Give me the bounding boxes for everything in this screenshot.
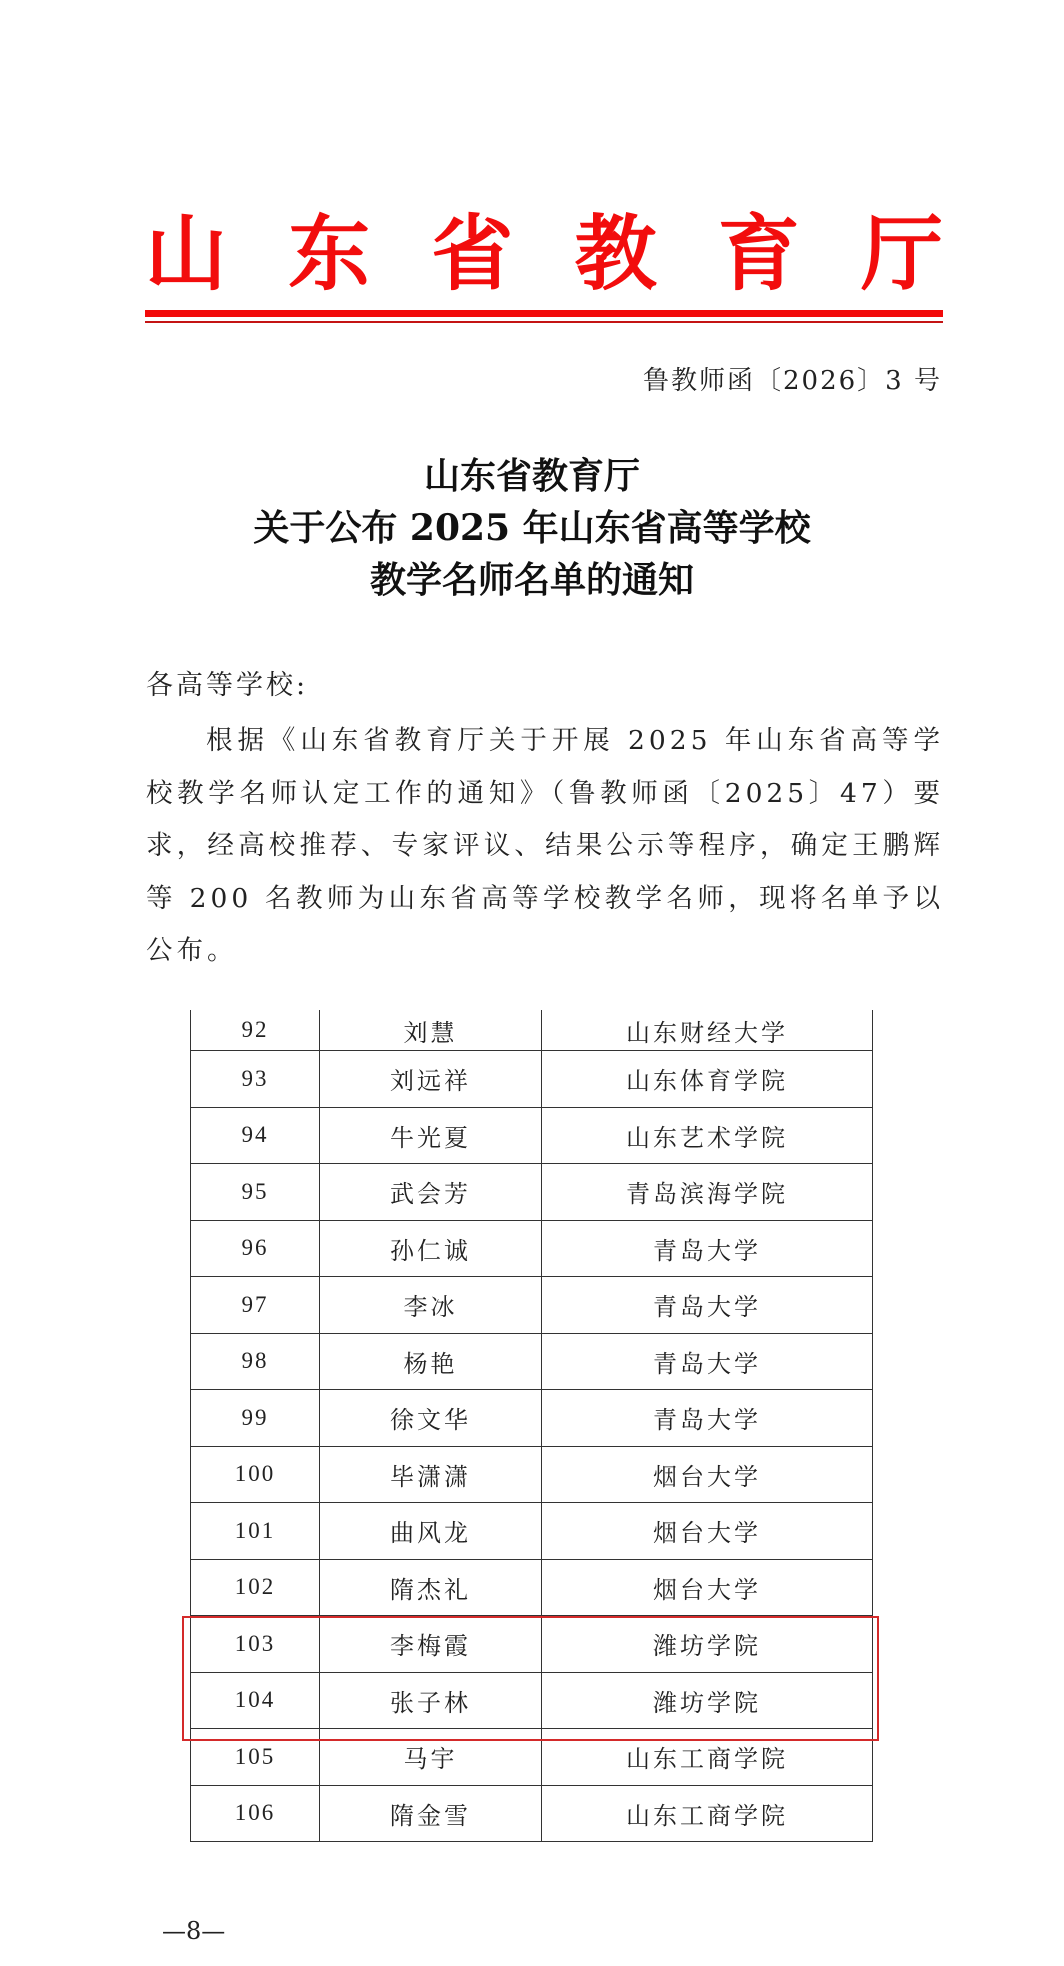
school-name: 潍坊学院 [542, 1672, 873, 1729]
table-row: 101曲风龙烟台大学 [191, 1503, 873, 1560]
row-number: 104 [191, 1672, 320, 1729]
letterhead-char: 育 [718, 208, 800, 300]
teacher-name: 孙仁诚 [320, 1220, 542, 1277]
row-number: 105 [191, 1729, 320, 1786]
school-name: 烟台大学 [542, 1559, 873, 1616]
document-number: 鲁教师函〔2026〕3 号 [643, 364, 942, 398]
table-row: 106隋金雪山东工商学院 [191, 1785, 873, 1842]
school-name: 烟台大学 [542, 1503, 873, 1560]
school-name: 青岛大学 [542, 1390, 873, 1447]
letterhead-rule-thick [145, 310, 943, 317]
table-row: 105马宇山东工商学院 [191, 1729, 873, 1786]
row-number: 92 [191, 1010, 320, 1051]
teacher-name: 隋金雪 [320, 1785, 542, 1842]
letterhead-char: 教 [575, 208, 657, 300]
body-paragraph: 根据《山东省教育厅关于开展 2025 年山东省高等学校教学名师认定工作的通知》（… [146, 715, 944, 978]
teacher-name: 隋杰礼 [320, 1559, 542, 1616]
teacher-name: 李梅霞 [320, 1616, 542, 1673]
school-name: 潍坊学院 [542, 1616, 873, 1673]
teacher-name: 武会芳 [320, 1164, 542, 1221]
letterhead-title: 山 东 省 教 育 厅 [145, 208, 943, 300]
table-row: 97李冰青岛大学 [191, 1277, 873, 1334]
table-row: 92刘慧山东财经大学 [191, 1010, 873, 1051]
row-number: 95 [191, 1164, 320, 1221]
title-line-2: 关于公布 2025 年山东省高等学校 [0, 502, 1064, 554]
row-number: 98 [191, 1333, 320, 1390]
table-row: 96孙仁诚青岛大学 [191, 1220, 873, 1277]
teacher-name: 刘慧 [320, 1010, 542, 1051]
row-number: 106 [191, 1785, 320, 1842]
teacher-name: 张子林 [320, 1672, 542, 1729]
teacher-name: 曲风龙 [320, 1503, 542, 1560]
school-name: 青岛滨海学院 [542, 1164, 873, 1221]
letterhead-char: 山 [145, 208, 227, 300]
row-number: 101 [191, 1503, 320, 1560]
table-row: 94牛光夏山东艺术学院 [191, 1107, 873, 1164]
table-row: 103李梅霞潍坊学院 [191, 1616, 873, 1673]
school-name: 青岛大学 [542, 1333, 873, 1390]
row-number: 99 [191, 1390, 320, 1447]
letterhead-rule-thin [145, 321, 943, 323]
row-number: 94 [191, 1107, 320, 1164]
table-row: 95武会芳青岛滨海学院 [191, 1164, 873, 1221]
school-name: 山东艺术学院 [542, 1107, 873, 1164]
document-title: 山东省教育厅 关于公布 2025 年山东省高等学校 教学名师名单的通知 [0, 450, 1064, 606]
school-name: 烟台大学 [542, 1446, 873, 1503]
table-row: 102隋杰礼烟台大学 [191, 1559, 873, 1616]
teacher-list-table: 92刘慧山东财经大学93刘远祥山东体育学院94牛光夏山东艺术学院95武会芳青岛滨… [190, 1010, 872, 1842]
school-name: 山东财经大学 [542, 1010, 873, 1051]
school-name: 山东体育学院 [542, 1051, 873, 1108]
table-row: 104张子林潍坊学院 [191, 1672, 873, 1729]
letterhead-char: 省 [431, 208, 513, 300]
school-name: 青岛大学 [542, 1220, 873, 1277]
row-number: 102 [191, 1559, 320, 1616]
row-number: 93 [191, 1051, 320, 1108]
teacher-name: 李冰 [320, 1277, 542, 1334]
teacher-name: 马宇 [320, 1729, 542, 1786]
table-row: 99徐文华青岛大学 [191, 1390, 873, 1447]
title-line-1: 山东省教育厅 [0, 450, 1064, 502]
title-line-3: 教学名师名单的通知 [0, 554, 1064, 606]
teacher-name: 牛光夏 [320, 1107, 542, 1164]
school-name: 山东工商学院 [542, 1785, 873, 1842]
table-row: 100毕潇潇烟台大学 [191, 1446, 873, 1503]
page-number: —8— [162, 1914, 225, 1948]
row-number: 103 [191, 1616, 320, 1673]
row-number: 100 [191, 1446, 320, 1503]
teacher-name: 毕潇潇 [320, 1446, 542, 1503]
letterhead-char: 东 [288, 208, 370, 300]
school-name: 青岛大学 [542, 1277, 873, 1334]
teacher-name: 杨艳 [320, 1333, 542, 1390]
row-number: 97 [191, 1277, 320, 1334]
row-number: 96 [191, 1220, 320, 1277]
salutation: 各高等学校: [146, 666, 308, 706]
table-row: 98杨艳青岛大学 [191, 1333, 873, 1390]
letterhead-char: 厅 [861, 208, 943, 300]
teacher-name: 刘远祥 [320, 1051, 542, 1108]
teacher-name: 徐文华 [320, 1390, 542, 1447]
table-row: 93刘远祥山东体育学院 [191, 1051, 873, 1108]
school-name: 山东工商学院 [542, 1729, 873, 1786]
